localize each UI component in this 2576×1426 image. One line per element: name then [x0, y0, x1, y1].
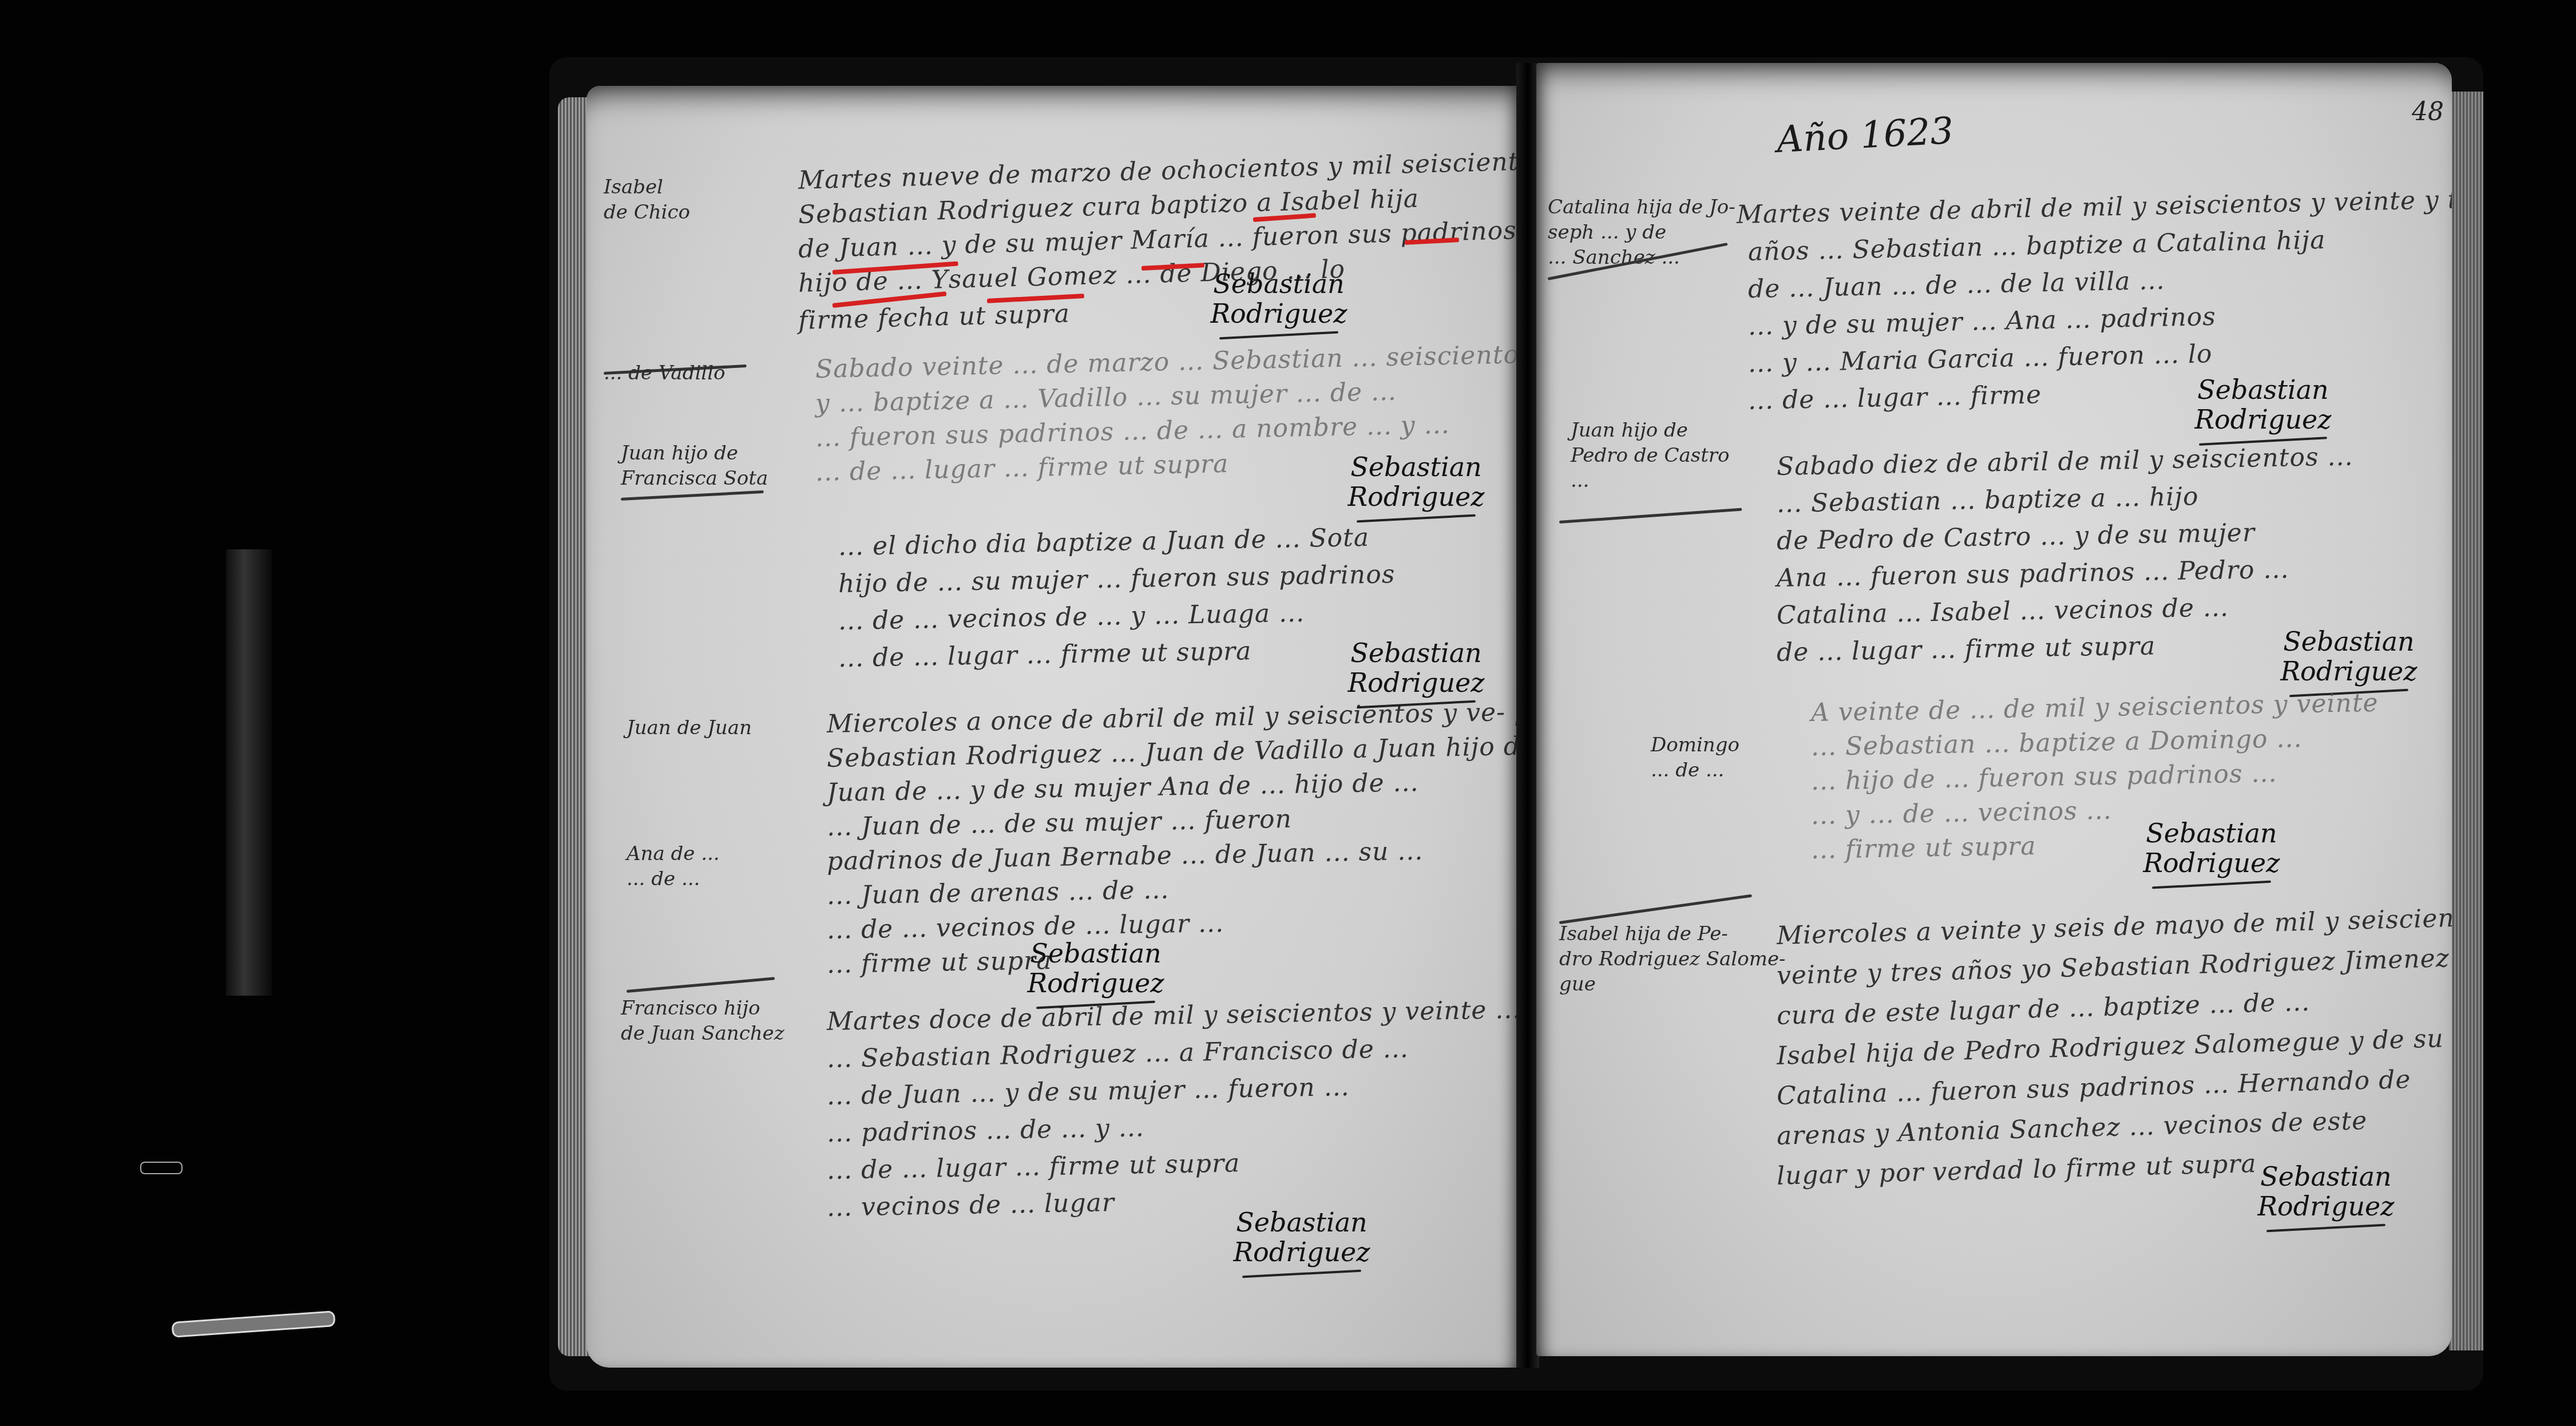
- entry-line: ... padrinos ... de ... y ...: [827, 1113, 1145, 1148]
- margin-note: Isabel hija de Pe- dro Rodriguez Salome-…: [1559, 921, 1786, 997]
- entry-line: ... y de su mujer ... Ana ... padrinos: [1747, 302, 2216, 341]
- entry-line: Miercoles a once de abril de mil y seisc…: [827, 695, 1519, 739]
- margin-note: Isabel de Chico: [604, 175, 690, 225]
- entry-line: ... Juan de arenas ... de ...: [827, 876, 1170, 910]
- page-edges-right: [2449, 92, 2483, 1350]
- entry-line: Isabel hija de Pedro Rodriguez Salomegue…: [1776, 1022, 2452, 1071]
- divider-rule: [621, 490, 764, 501]
- entry-line: de ... lugar ... firme ut supra: [1777, 631, 2156, 667]
- entry-line: hijo de ... su mujer ... fueron sus padr…: [838, 560, 1396, 599]
- page-number: 48: [2412, 97, 2444, 126]
- entry-line: Ana ... fueron sus padrinos ... Pedro ..…: [1777, 554, 2289, 593]
- entry-line: lugar y por verdad lo firme ut supra: [1776, 1149, 2257, 1191]
- entry-line: ... de ... lugar ... firme ut supra: [815, 449, 1228, 487]
- margin-note: Juan hijo de Pedro de Castro ...: [1571, 418, 1730, 493]
- book-gutter: [1516, 63, 1539, 1368]
- entry-line: cura de este lugar de ... baptize ... de…: [1776, 988, 2310, 1031]
- entry-line: años ... Sebastian ... baptize a Catalin…: [1747, 225, 2325, 267]
- left-page: Isabel de Chico Martes nueve de marzo de…: [586, 86, 1519, 1368]
- entry-line: ... Juan de ... de su mujer ... fueron: [827, 805, 1293, 842]
- divider-rule: [1559, 508, 1742, 524]
- signature: Sebastian Rodriguez: [2274, 627, 2423, 686]
- signature: Sebastian Rodriguez: [1342, 452, 1491, 512]
- divider-rule: [1559, 894, 1752, 924]
- signature: Sebastian Rodriguez: [2183, 375, 2343, 434]
- entry-line: y ... baptize a ... Vadillo ... su mujer…: [815, 377, 1397, 418]
- entry-line: ... de ... lugar ... firme ut supra: [827, 1148, 1241, 1185]
- entry-line: ... de Juan ... y de su mujer ... fueron…: [827, 1072, 1350, 1111]
- entry-line: padrinos de Juan Bernabe ... de Juan ...…: [827, 837, 1424, 876]
- margin-note: Ana de ... ... de ...: [627, 841, 720, 892]
- entry-line: ... y ... de ... vecinos ...: [1811, 796, 2113, 830]
- signature: Sebastian Rodriguez: [1204, 269, 1353, 328]
- entry-line: ... firme ut supra: [827, 946, 1052, 979]
- entry-line: Juan de ... y de su mujer Ana de ... hij…: [827, 768, 1419, 807]
- signature: Sebastian Rodriguez: [2252, 1162, 2400, 1221]
- year-header: Año 1623: [1776, 110, 1955, 161]
- entry-line: ... vecinos de ... lugar: [827, 1188, 1115, 1222]
- entry-line: Catalina ... fueron sus padrinos ... Her…: [1776, 1065, 2411, 1111]
- entry-line: ... y ... Maria Garcia ... fueron ... lo: [1747, 339, 2213, 378]
- margin-note: ... de Vadillo: [604, 361, 725, 386]
- signature: Sebastian Rodriguez: [2137, 818, 2286, 878]
- entry-line: Catalina ... Isabel ... vecinos de ...: [1777, 593, 2229, 630]
- entry-line: de ... Juan ... de ... de la villa ...: [1747, 266, 2165, 304]
- margin-note: Juan de Juan: [627, 715, 752, 740]
- divider-rule: [627, 977, 775, 993]
- entry-line: Martes doce de abril de mil y seisciento…: [827, 995, 1519, 1036]
- entry-line: ... de ... lugar ... firme ut supra: [838, 636, 1252, 673]
- entry-line: ... fueron sus padrinos ... de ... a nom…: [815, 410, 1450, 453]
- signature: Sebastian Rodriguez: [1342, 638, 1491, 698]
- entry-line: Martes veinte de abril de mil y seiscien…: [1736, 184, 2452, 229]
- entry-line: arenas y Antonia Sanchez ... vecinos de …: [1776, 1106, 2368, 1151]
- entry-line: veinte y tres años yo Sebastian Rodrigue…: [1776, 944, 2450, 991]
- entry-line: Sabado veinte ... de marzo ... Sebastian…: [815, 340, 1519, 384]
- entry-line: de Pedro de Castro ... y de su mujer: [1777, 518, 2256, 556]
- entry-line: ... Sebastian Rodriguez ... a Francisco …: [827, 1034, 1409, 1074]
- right-page: 48 Año 1623 Catalina hija de Jo- seph ..…: [1536, 63, 2452, 1356]
- entry-line: Sebastian Rodriguez ... Juan de Vadillo …: [827, 731, 1519, 773]
- scan-artifact-speck: [140, 1162, 183, 1174]
- entry-line: Miercoles a veinte y seis de mayo de mil…: [1776, 902, 2452, 950]
- entry-line: ... de ... lugar ... firme: [1747, 380, 2042, 415]
- scan-artifact-strip: [226, 549, 272, 996]
- signature: Sebastian Rodriguez: [1227, 1207, 1376, 1267]
- entry-line: ... Sebastian ... baptize a Domingo ...: [1811, 724, 2302, 762]
- margin-note: Francisco hijo de Juan Sanchez: [621, 996, 784, 1046]
- entry-line: ... el dicho dia baptize a Juan de ... S…: [838, 523, 1370, 561]
- margin-note: Domingo ... de ...: [1651, 732, 1739, 783]
- entry-line: ... Sebastian ... baptize a ... hijo: [1777, 482, 2199, 518]
- entry-line: Sabado diez de abril de mil y seisciento…: [1777, 442, 2353, 481]
- entry-line: ... firme ut supra: [1811, 831, 2036, 865]
- margin-note: Juan hijo de Francisca Sota: [621, 441, 768, 491]
- entry-line: ... hijo de ... fueron sus padrinos ...: [1811, 759, 2277, 796]
- signature: Sebastian Rodriguez: [1021, 938, 1170, 998]
- entry-line: A veinte de ... de mil y seiscientos y v…: [1811, 688, 2379, 727]
- entry-line: ... de ... vecinos de ... y ... Luaga ..…: [838, 599, 1305, 636]
